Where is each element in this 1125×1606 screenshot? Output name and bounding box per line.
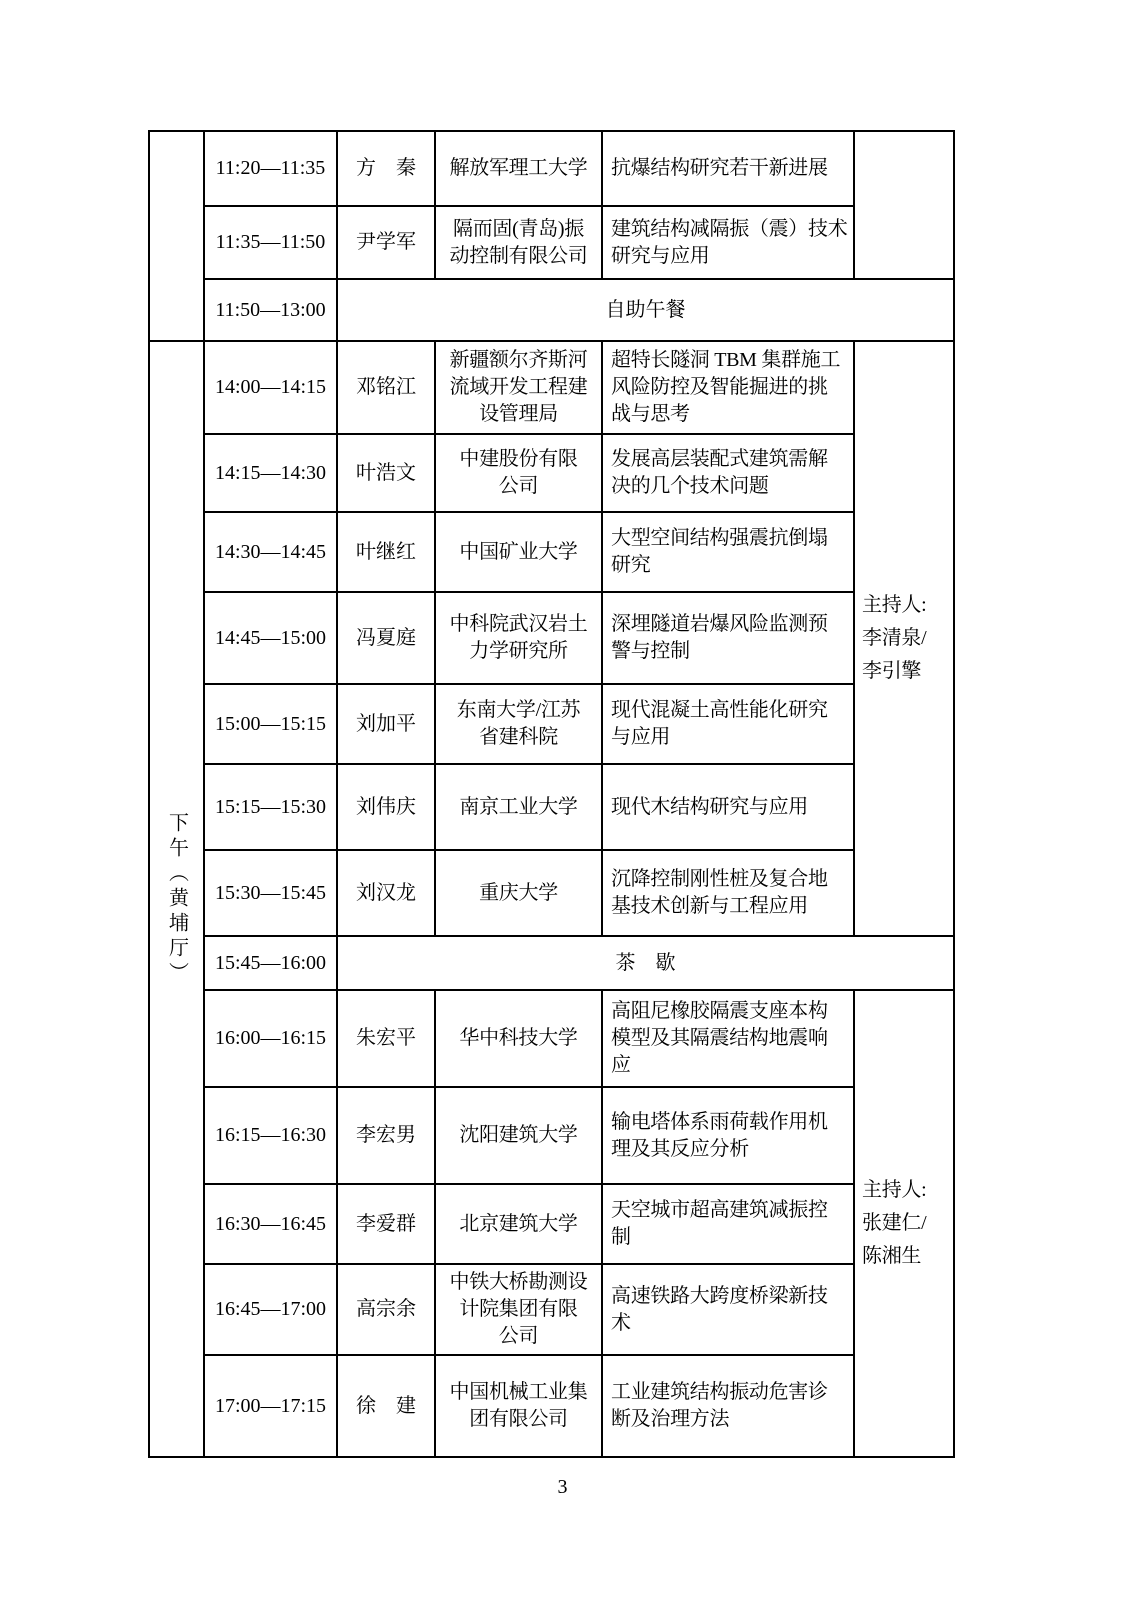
time-cell: 16:00—16:15 <box>204 990 337 1087</box>
program-table: 11:20—11:35 方 秦 解放军理工大学 抗爆结构研究若干新进展 11:3… <box>148 130 955 1458</box>
document-page: 11:20—11:35 方 秦 解放军理工大学 抗爆结构研究若干新进展 11:3… <box>0 0 1125 1606</box>
speaker-name-cell: 李爱群 <box>337 1184 435 1264</box>
time-cell: 11:35—11:50 <box>204 206 337 279</box>
affiliation-cell: 华中科技大学 <box>435 990 602 1087</box>
talk-title-cell: 抗爆结构研究若干新进展 <box>602 131 854 206</box>
time-cell: 11:20—11:35 <box>204 131 337 206</box>
affiliation-cell: 中国矿业大学 <box>435 512 602 592</box>
speaker-name-cell: 尹学军 <box>337 206 435 279</box>
tea-break-cell: 茶 歇 <box>337 936 954 990</box>
speaker-name-cell: 邓铭江 <box>337 341 435 434</box>
talk-title-cell: 发展高层装配式建筑需解 决的几个技术问题 <box>602 434 854 512</box>
moderator-cell-morning <box>854 131 954 279</box>
talk-title-cell: 工业建筑结构振动危害诊 断及治理方法 <box>602 1355 854 1457</box>
talk-title-cell: 沉降控制刚性桩及复合地 基技术创新与工程应用 <box>602 850 854 936</box>
speaker-name-cell: 冯夏庭 <box>337 592 435 684</box>
talk-title-cell: 超特长隧洞 TBM 集群施工 风险防控及智能掘进的挑 战与思考 <box>602 341 854 434</box>
time-cell: 14:00—14:15 <box>204 341 337 434</box>
time-cell: 15:15—15:30 <box>204 764 337 850</box>
time-cell: 16:30—16:45 <box>204 1184 337 1264</box>
time-cell: 14:45—15:00 <box>204 592 337 684</box>
time-cell: 15:00—15:15 <box>204 684 337 764</box>
affiliation-cell: 东南大学/江苏 省建科院 <box>435 684 602 764</box>
talk-title-cell: 天空城市超高建筑减振控 制 <box>602 1184 854 1264</box>
time-cell: 11:50—13:00 <box>204 279 337 341</box>
affiliation-cell: 解放军理工大学 <box>435 131 602 206</box>
talk-title-cell: 输电塔体系雨荷载作用机 理及其反应分析 <box>602 1087 854 1184</box>
speaker-name-cell: 叶继红 <box>337 512 435 592</box>
speaker-name-cell: 朱宏平 <box>337 990 435 1087</box>
session-cell-morning <box>149 131 204 341</box>
moderator-cell-2: 主持人: 张建仁/ 陈湘生 <box>854 990 954 1457</box>
affiliation-cell: 中铁大桥勘测设 计院集团有限 公司 <box>435 1264 602 1355</box>
speaker-name-cell: 徐 建 <box>337 1355 435 1457</box>
talk-title-cell: 建筑结构减隔振（震）技术 研究与应用 <box>602 206 854 279</box>
speaker-name-cell: 方 秦 <box>337 131 435 206</box>
session-label: 下午（黄埔厅） <box>167 812 187 987</box>
talk-title-cell: 现代木结构研究与应用 <box>602 764 854 850</box>
affiliation-cell: 中科院武汉岩土 力学研究所 <box>435 592 602 684</box>
affiliation-cell: 南京工业大学 <box>435 764 602 850</box>
time-cell: 15:30—15:45 <box>204 850 337 936</box>
time-cell: 16:45—17:00 <box>204 1264 337 1355</box>
moderator-cell-1: 主持人: 李清泉/ 李引擎 <box>854 341 954 936</box>
session-cell-afternoon: 下午（黄埔厅） <box>149 341 204 1457</box>
page-number: 3 <box>0 1476 1125 1499</box>
affiliation-cell: 新疆额尔齐斯河 流域开发工程建 设管理局 <box>435 341 602 434</box>
speaker-name-cell: 刘伟庆 <box>337 764 435 850</box>
time-cell: 17:00—17:15 <box>204 1355 337 1457</box>
affiliation-cell: 中国机械工业集 团有限公司 <box>435 1355 602 1457</box>
lunch-break-cell: 自助午餐 <box>337 279 954 341</box>
talk-title-cell: 现代混凝土高性能化研究 与应用 <box>602 684 854 764</box>
affiliation-cell: 重庆大学 <box>435 850 602 936</box>
affiliation-cell: 隔而固(青岛)振 动控制有限公司 <box>435 206 602 279</box>
time-cell: 15:45—16:00 <box>204 936 337 990</box>
affiliation-cell: 北京建筑大学 <box>435 1184 602 1264</box>
speaker-name-cell: 刘汉龙 <box>337 850 435 936</box>
time-cell: 16:15—16:30 <box>204 1087 337 1184</box>
talk-title-cell: 高速铁路大跨度桥梁新技 术 <box>602 1264 854 1355</box>
speaker-name-cell: 李宏男 <box>337 1087 435 1184</box>
time-cell: 14:30—14:45 <box>204 512 337 592</box>
talk-title-cell: 大型空间结构强震抗倒塌 研究 <box>602 512 854 592</box>
affiliation-cell: 沈阳建筑大学 <box>435 1087 602 1184</box>
speaker-name-cell: 刘加平 <box>337 684 435 764</box>
time-cell: 14:15—14:30 <box>204 434 337 512</box>
affiliation-cell: 中建股份有限 公司 <box>435 434 602 512</box>
talk-title-cell: 高阻尼橡胶隔震支座本构 模型及其隔震结构地震响 应 <box>602 990 854 1087</box>
speaker-name-cell: 叶浩文 <box>337 434 435 512</box>
talk-title-cell: 深埋隧道岩爆风险监测预 警与控制 <box>602 592 854 684</box>
speaker-name-cell: 高宗余 <box>337 1264 435 1355</box>
